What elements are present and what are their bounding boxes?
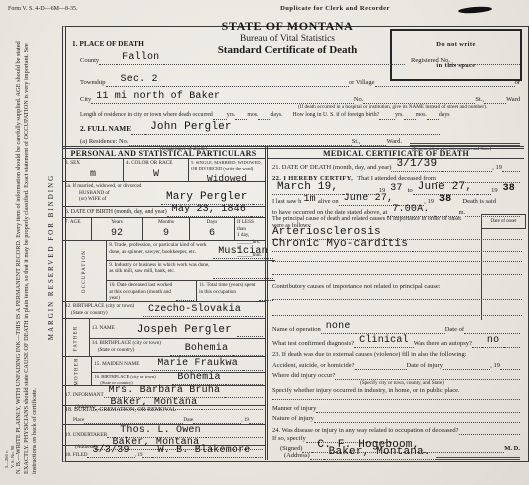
accident-row: Accident, suicide, or homicide? Date of … [272,360,520,370]
ward-label: Ward. [386,138,402,146]
occupation-block: OCCUPATION 8. Trade, profession, or part… [63,240,265,302]
last-worked-row: 10. Date deceased last worked at this oc… [107,280,275,302]
residence-label: (a) Residence: No. [80,138,129,146]
mother-name-label: 15. MAIDEN NAME [94,361,152,368]
place-of-death-heading: 1. PLACE OF DEATH [72,40,144,50]
mother-side-label: MOTHER [63,357,92,386]
birthplace-labels: 12. BIRTHPLACE (city or town) (State or … [65,303,143,316]
trade-value: Musician [213,247,273,259]
nature-of-injury-label: Nature of injury [272,415,314,423]
dotted-line [335,371,520,380]
death-certificate-document: 5—266 c. V. S. No. 98 N. B.—WRITE PLAINL… [0,0,529,485]
operation-date-label: Date of [445,326,464,334]
dotted-line [356,325,445,334]
dotted-line [363,95,475,104]
accident-label: Accident, suicide, or homicide? [272,362,355,370]
age-years-cell: Years 92 [91,218,142,241]
street-label: St., [352,138,361,146]
date-of-death-value: 3/1/39 [391,159,442,172]
dotted-line [504,339,520,348]
last-saw-year-value: 38 [434,195,456,206]
birthplace-value: Czecho-Slovakia [143,305,246,317]
filed-label: 20. FILED [65,452,87,459]
township-value: Sec. 2 [116,75,163,87]
margin-print-code: 5—266 c. V. S. No. 98 [4,426,15,468]
dotted-line [213,111,227,120]
occupation-rows: 8. Trade, profession, or particular kind… [107,241,275,302]
mos-label: mos. [247,112,258,120]
burial-row: 18. BURIAL, CREMATION, OR REMOVAL Place … [63,405,265,424]
dotted-line [472,339,482,348]
cause-line-2: Chronic Myo-carditis [272,241,522,252]
dotted-line [484,95,506,104]
total-time-label: 11. Total time (years) spent in this occ… [199,282,259,295]
column-divider [265,146,268,460]
yrs-label: yrs. [227,112,236,120]
dotted-line [193,415,241,424]
dotted-line [410,133,520,146]
father-rows: 13. NAME Jospeh Pergler 14. BIRTHPLACE (… [90,319,265,357]
street-no-label: No. [354,96,364,104]
contributory-blank-line [272,296,522,300]
date-of-birth-label: 6. DATE OF BIRTH (month, day, and year) [65,209,167,217]
full-name-value: John Pergler [145,122,237,135]
dotted-line [142,449,152,458]
registrar-signature-value: W. B. Blakemore [152,446,255,458]
date-of-onset-header: Date of onset [481,214,526,229]
hospital-note: (If death occurred in a hospital or inst… [298,104,487,111]
township-label: Township [80,79,106,87]
last-worked-label: 10. Date deceased last worked at this oc… [109,282,176,302]
days-label: days [439,112,450,120]
operation-label: Name of operation [272,326,321,334]
undertaker-row: 19. UNDERTAKER Thos. L. Owen (Address) B… [63,424,265,445]
or-label: or [515,79,520,87]
sex-cell: 3. SEX m [63,159,124,182]
dotted-line [246,308,263,317]
cause-blank-line [272,271,522,275]
street-label: St., [475,96,484,104]
state-country-note: (State or country) [65,310,108,317]
dotted-line [249,415,263,424]
dotted-line [314,414,520,423]
township-row: Township Sec. 2 or Village or [80,75,520,87]
medical-section-heading: MEDICAL CERTIFICATE OF DEATH [268,149,524,158]
occupation-side-text: OCCUPATION [82,250,87,293]
margin-nb-note: N. B.—WRITE PLAINLY, WITH UNFADING INK—T… [15,28,40,474]
duplicate-note: Duplicate for Clerk and Recorder [245,5,425,13]
father-birthplace-labels: 14. BIRTHPLACE (city or town) (State or … [92,340,170,353]
county-label: County [80,57,99,65]
village-label: or Village [349,79,375,87]
diagnosis-test-label: What test confirmed diagnosis? [272,340,354,348]
cause-of-death-2: Chronic Myo-carditis [272,239,413,252]
father-name-value: Jospeh Pergler [132,325,237,337]
dotted-line [442,163,492,172]
manner-of-injury-label: Manner of injury [272,405,316,413]
dotted-line [206,429,263,438]
dotted-line [360,137,386,146]
operation-value: none [321,322,356,334]
date-of-onset-text: Date of onset [491,219,517,224]
dotted-line [450,56,520,65]
dotted-line [443,361,490,370]
diagnosis-test-value: Clinical [354,336,414,348]
mother-block: MOTHER 15. MAIDEN NAME Marie Fraukwa 16.… [63,356,265,386]
birthplace-row: 12. BIRTHPLACE (city or town) (State or … [63,301,265,318]
date-of-birth-row: 6. DATE OF BIRTH (month, day, and year) … [63,206,265,217]
where-injury-row: Where did injury occur? [272,370,520,380]
do-not-write-line1: Do not write [436,41,475,48]
attended-to-year-value: 38 [498,184,520,195]
bureau-subtitle: Bureau of Vital Statistics [185,34,390,44]
county-value: Fallon [117,53,164,65]
scan-artifact-mark [458,6,492,14]
dotted-line [170,347,180,356]
year-19-label: , 19 [135,452,143,459]
city-row: City 11 mi north of Baker No. St., Ward [80,92,520,104]
dotted-line [464,325,520,334]
age-months-cell: Months 9 [142,218,189,241]
dotted-line [272,266,522,275]
manner-of-injury-row: Manner of injury [272,404,520,413]
last-worked-cell: 10. Date deceased last worked at this oc… [107,281,196,302]
dotted-line [259,292,273,301]
registered-no-label: Registered No. [405,57,450,65]
dotted-line [272,391,520,400]
dotted-line [164,56,405,65]
color-race-value: W [153,167,159,180]
autopsy-label: Was there an autopsy? [414,340,472,348]
autopsy-value: no [482,336,504,348]
burial-date-label: Date [183,417,193,424]
father-name-row: 13. NAME Jospeh Pergler [90,319,265,338]
mother-birthplace-value: Bohemia [172,373,225,385]
state-title: STATE OF MONTANA [185,19,390,34]
form-code: Form V. S. 4-D—6M—8-35. [8,6,77,14]
sex-color-marital-row: 3. SEX m 4. COLOR OR RACE W 5. SINGLE, M… [63,158,265,182]
mother-birthplace-row: 16. BIRTHPLACE (city or town) (State or … [92,372,265,386]
cause-blank-line [272,258,522,262]
where-injury-label: Where did injury occur? [272,372,335,380]
dotted-line [375,78,515,87]
age-row: 7. AGE Years 92 Months 9 Days 6 If LESS … [63,217,265,241]
mother-rows: 15. MAIDEN NAME Marie Fraukwa 16. BIRTHP… [92,357,265,386]
dotted-line [131,126,145,135]
dotted-line [163,78,349,87]
dotted-line [436,447,520,460]
death-is-said-label: Death is said [462,198,496,206]
burial-place-label: Place [65,417,84,424]
ward-label: Ward [506,96,520,104]
father-birthplace-value: Bohemia [180,344,233,356]
occupation-side-label: OCCUPATION [63,241,107,302]
dotted-line [129,137,352,146]
city-label: City [80,96,91,104]
dotted-line [99,56,117,65]
contributory-blank-line [272,312,522,316]
mother-side-text: MOTHER [75,357,80,385]
full-name-row: 2. FULL NAME John Pergler [80,121,440,135]
dotted-line [355,361,407,370]
dotted-line [253,196,263,205]
marital-label: 5. SINGLE, MARRIED, WIDOWED, OR DIVORCED… [191,160,263,171]
father-birthplace-row: 14. BIRTHPLACE (city or town) (State or … [90,338,265,357]
days-label: days. [270,112,282,120]
year-19-label: , 19 [490,362,500,370]
industry-row: 9. Industry or business in which work wa… [107,260,275,280]
full-name-label: 2. FULL NAME [80,125,131,135]
dotted-line [459,426,520,435]
physician-address-value: Baker, Montana. [324,447,436,460]
nature-of-injury-row: Nature of injury [272,414,520,423]
dotted-line [251,208,263,217]
year-19-label: , 19 [241,417,249,424]
dotted-line [258,111,270,120]
years-value: 92 [94,226,140,239]
dotted-line [379,111,395,120]
dotted-line [256,449,264,458]
burial-label: 18. BURIAL, CREMATION, OR REMOVAL [65,407,263,415]
father-side-text: FATHER [73,325,78,351]
days-value: 6 [192,226,232,239]
mos-label: mos. [416,112,427,120]
foreign-birth-label: How long in U. S. if of foreign birth? [293,112,380,120]
months-value: 9 [145,226,187,239]
year-19-label: , 19 [492,164,502,172]
where-injury-note: (Specify city or town, county, and State… [360,380,444,387]
injury-date-label: Date of injury [407,362,443,370]
informant-row: 17. INFORMANT Mrs. Barbara Bruha (Addres… [63,385,265,405]
dotted-line [500,361,520,370]
dotted-line [316,404,520,413]
less-than-day-cell: If LESS than 1 day, ______hrs. or ______… [234,218,265,241]
dotted-line [225,389,263,398]
dotted-line [272,291,522,300]
dotted-line [84,415,183,424]
residence-length-row: Length of residence in city or town wher… [80,111,520,120]
father-side-label: FATHER [63,319,90,357]
father-name-label: 13. NAME [92,325,132,332]
state-country-note: (State or country) [92,347,135,354]
total-time-cell: 11. Total time (years) spent in this occ… [196,281,275,302]
dotted-line [310,451,324,460]
age-label: 7. AGE [65,219,89,226]
age-label-cell: 7. AGE [63,218,91,241]
physician-address-row: (Address) Baker, Montana. [272,450,520,460]
industry-label: 9. Industry or business in which work wa… [109,262,213,275]
filed-date-value: 3/3/39 [87,446,134,458]
date-of-birth-value: May 23, 1846 [167,205,251,217]
certificate-heading: STATE OF MONTANA Bureau of Vital Statist… [185,19,390,56]
last-saw-label: I last saw h [272,198,301,206]
address-label: (Address) [272,452,310,460]
spouse-label-line3: (or) WIFE of [65,196,106,203]
burial-place-line: Place Date , 19 [65,415,263,424]
residence-row: (a) Residence: No. St., Ward. [80,135,520,146]
last-saw-fill-value: 1m [301,195,317,206]
dotted-line [272,253,522,262]
residence-length-label: Length of residence in city or town wher… [80,112,213,120]
dotted-line [237,328,263,337]
dotted-line [477,186,491,195]
dotted-line [413,243,522,252]
dotted-line [225,95,354,104]
margin-binding-label: MARGIN RESERVED FOR BINDING [47,106,55,408]
trade-label: 8. Trade, profession, or particular kind… [109,242,213,255]
sex-value: m [90,167,96,180]
dotted-line [213,270,273,279]
age-days-cell: Days 6 [189,218,234,241]
dotted-line [272,307,522,316]
dotted-line [243,362,263,371]
date-of-death-row: 21. DATE OF DEATH (month, day, and year)… [268,158,524,173]
dotted-line [404,111,416,120]
mother-name-row: 15. MAIDEN NAME Marie Fraukwa [92,357,265,372]
date-of-death-label: 21. DATE OF DEATH (month, day, and year) [272,164,391,172]
trade-row: 8. Trade, profession, or particular kind… [107,241,275,260]
dotted-line [226,376,263,385]
dotted-line [233,347,263,356]
filed-row: 20. FILED 3/3/39 , 19 W. B. Blakemore [63,445,265,459]
dotted-line [176,292,194,301]
dotted-line [427,111,439,120]
spouse-row: 5a. If married, widowed, or divorced HUS… [63,181,265,206]
county-row: County Fallon Registered No. [80,53,520,65]
spouse-labels: 5a. If married, widowed, or divorced HUS… [65,183,161,203]
less-than-line1: If LESS than [237,219,263,232]
diagnosis-test-row: What test confirmed diagnosis? Clinical … [272,336,520,348]
alive-on-label: alive on [318,198,339,206]
mother-name-value: Marie Fraukwa [152,359,243,371]
marital-cell: 5. SINGLE, MARRIED, WIDOWED, OR DIVORCED… [189,159,265,182]
external-causes-label: 23. If death was due to external causes … [272,351,467,359]
operation-row: Name of operation none Date of [272,322,520,334]
dotted-line [235,111,247,120]
specify-blank-line [272,396,520,400]
yrs-label: yrs. [395,112,404,120]
dotted-line [106,78,116,87]
color-race-cell: 4. COLOR OR RACE W [124,159,189,182]
mother-birthplace-labels: 16. BIRTHPLACE (city or town) (State or … [94,374,172,385]
dotted-line [502,163,520,172]
father-block: FATHER 13. NAME Jospeh Pergler 14. BIRTH… [63,318,265,357]
personal-section-heading: PERSONAL AND STATISTICAL PARTICULARS [62,149,265,158]
city-value: 11 mi north of Baker [91,92,225,104]
